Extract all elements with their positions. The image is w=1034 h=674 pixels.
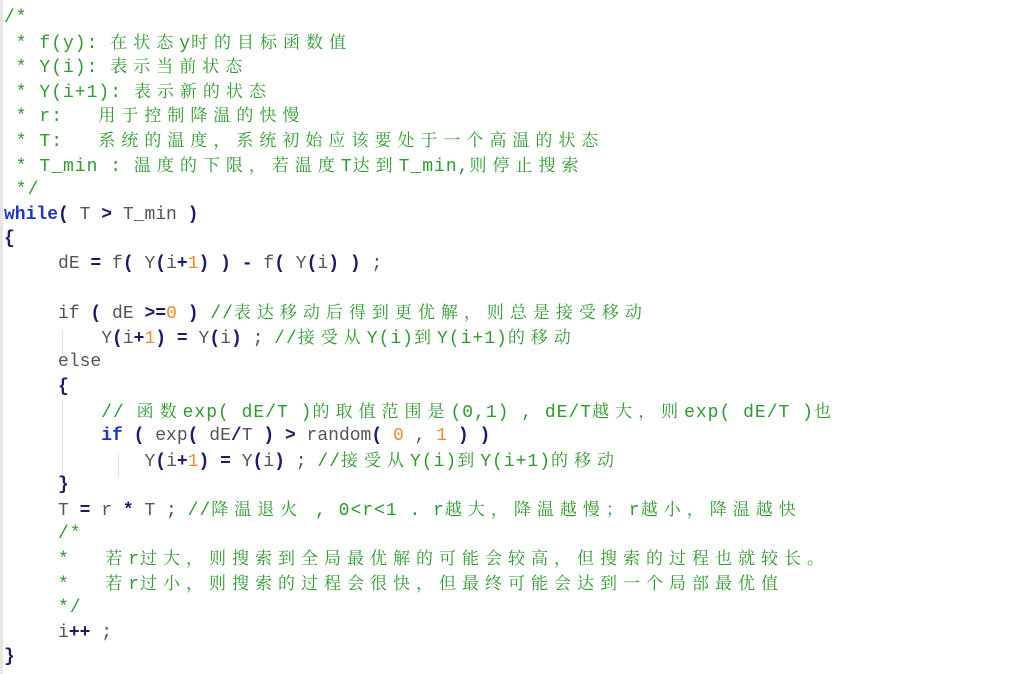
token-cmcjk: 的移动	[508, 328, 577, 348]
code-line: if ( exp( dE/T ) > random( 0 , 1 ) )	[4, 424, 837, 449]
token-op: (	[307, 254, 318, 274]
token-pl	[469, 426, 480, 446]
indent	[4, 623, 58, 643]
token-cm: exp( dE/T )	[684, 403, 814, 423]
token-pl: i	[317, 254, 328, 274]
indent	[4, 598, 58, 618]
token-cmcjk: 过大，则搜索到全局最优解的可能会较高，但搜索的过程也就较长。	[140, 549, 830, 569]
token-pl: ;	[361, 254, 383, 274]
token-cm: /*	[4, 8, 28, 28]
code-line: }	[4, 645, 837, 670]
token-cm: exp( dE/T )	[183, 403, 313, 423]
token-pl: Y	[231, 452, 253, 472]
token-pl: T	[58, 501, 80, 521]
token-cmcjk: 表达移动后得到更优解，则总是接受移动	[234, 303, 648, 323]
code-line: Y(i+1) = Y(i) ; //接受从Y(i)到Y(i+1)的移动	[4, 326, 837, 351]
code-editor[interactable]: /* * f(y): 在状态y时的目标函数值 * Y(i): 表示当前状态 * …	[0, 0, 1034, 674]
indent	[4, 501, 58, 521]
code-line: }	[4, 473, 837, 498]
token-op: =	[90, 254, 101, 274]
token-pl: Y	[188, 329, 210, 349]
token-pl: Y	[101, 329, 112, 349]
token-op: (	[123, 254, 134, 274]
code-line: else	[4, 350, 837, 375]
token-cmcjk: 到	[414, 328, 437, 348]
code-line: T = r * T ; //降温退火 , 0<r<1 . r越大，降温越慢；r越…	[4, 498, 837, 523]
token-op: )	[350, 254, 361, 274]
fold-gutter	[0, 0, 3, 674]
token-op: )	[188, 205, 199, 225]
indent	[4, 575, 58, 595]
indent	[4, 403, 101, 423]
token-cmcjk: 接受从	[341, 451, 410, 471]
token-cmcjk: 接受从	[298, 328, 367, 348]
token-cm: //	[188, 501, 212, 521]
token-pl	[382, 426, 393, 446]
token-cm: y	[179, 34, 191, 54]
token-op: }	[58, 475, 69, 495]
token-cmcjk: 到	[457, 451, 480, 471]
token-pl: r	[90, 501, 122, 521]
indent	[4, 304, 58, 324]
token-op: =	[220, 452, 231, 472]
token-op: (	[371, 426, 382, 446]
code-line: /*	[4, 6, 837, 31]
token-pl: i	[58, 623, 69, 643]
token-op: (	[188, 426, 199, 446]
code-line: * Y(i): 表示当前状态	[4, 55, 837, 80]
token-op: (	[58, 205, 69, 225]
token-cm: //	[199, 304, 234, 324]
code-line: * f(y): 在状态y时的目标函数值	[4, 31, 837, 56]
token-kw: if	[101, 426, 123, 446]
indent	[4, 377, 58, 397]
token-cmcjk: 在状态	[110, 33, 179, 53]
token-cm: * r:	[4, 107, 98, 127]
code-line: * 若r过大，则搜索到全局最优解的可能会较高，但搜索的过程也就较长。	[4, 547, 837, 572]
token-cmcjk: 系统的温度，系统初始应该要处于一个高温的状态	[98, 131, 604, 151]
token-pl: Y	[144, 452, 155, 472]
token-num: 0	[393, 426, 404, 446]
token-op: )	[231, 329, 242, 349]
token-pl: T	[242, 426, 264, 446]
token-cmcjk: 时的目标函数值	[191, 33, 352, 53]
token-op: )	[274, 452, 285, 472]
token-num: 1	[144, 329, 155, 349]
token-cmcjk: 的移动	[551, 451, 620, 471]
indent	[4, 550, 58, 570]
token-cm: * Y(i+1):	[4, 83, 134, 103]
indent	[4, 329, 101, 349]
token-op: >=	[144, 304, 166, 324]
token-pl: ,	[404, 426, 436, 446]
token-op: )	[188, 304, 199, 324]
token-pl: f	[253, 254, 275, 274]
token-pl: i	[123, 329, 134, 349]
code-line: Y(i+1) = Y(i) ; //接受从Y(i)到Y(i+1)的移动	[4, 449, 837, 474]
code-line: * Y(i+1): 表示新的状态	[4, 80, 837, 105]
token-cmcjk: 温度的下限，若温度	[134, 156, 341, 176]
code-line: dE = f( Y(i+1) ) - f( Y(i) ) ;	[4, 252, 837, 277]
token-pl: ;	[285, 452, 317, 472]
indent	[4, 524, 58, 544]
token-pl	[166, 329, 177, 349]
token-cmcjk: 也	[814, 402, 837, 422]
token-op: (	[155, 254, 166, 274]
token-cmcjk: 的取值范围是	[312, 402, 450, 422]
code-line: * T_min : 温度的下限，若温度T达到T_min,则停止搜索	[4, 154, 837, 179]
token-op: (	[209, 329, 220, 349]
indent	[4, 352, 58, 372]
token-cm: * f(y):	[4, 34, 110, 54]
token-pl: i	[263, 452, 274, 472]
token-cm: , 0<r<1 . r	[303, 501, 445, 521]
token-op: =	[80, 501, 91, 521]
token-cmcjk: 用于控制降温的快慢	[98, 106, 305, 126]
token-op: (	[112, 329, 123, 349]
token-pl	[209, 254, 220, 274]
token-cm: */	[58, 598, 82, 618]
token-pl: Y	[285, 254, 307, 274]
token-cm: * T_min :	[4, 157, 134, 177]
token-pl: i	[166, 254, 177, 274]
code-line: * r: 用于控制降温的快慢	[4, 104, 837, 129]
token-cm: //	[274, 329, 298, 349]
indent	[4, 426, 101, 446]
token-op: (	[253, 452, 264, 472]
code-line: */	[4, 596, 837, 621]
code-line: /*	[4, 522, 837, 547]
token-cm: Y(i)	[367, 329, 414, 349]
token-cm: * Y(i):	[4, 58, 110, 78]
indent	[4, 475, 58, 495]
token-op: +	[177, 452, 188, 472]
token-op: /	[231, 426, 242, 446]
token-op: (	[274, 254, 285, 274]
token-op: ++	[69, 623, 91, 643]
token-cm: //	[317, 452, 341, 472]
code-line: {	[4, 375, 837, 400]
token-op: +	[134, 329, 145, 349]
token-cm: */	[4, 180, 39, 200]
token-cm: T_min,	[399, 157, 470, 177]
token-cmcjk: 表示新的状态	[134, 82, 272, 102]
token-num: 0	[166, 304, 177, 324]
token-cm: (0,1) , dE/T	[450, 403, 592, 423]
token-num: 1	[188, 254, 199, 274]
token-pl: Y	[134, 254, 156, 274]
code-line	[4, 277, 837, 302]
token-cmcjk: 越大，降温越慢；	[445, 500, 629, 520]
token-num: 1	[436, 426, 447, 446]
token-cm: * T:	[4, 132, 98, 152]
token-cm: *	[58, 575, 105, 595]
token-pl: else	[58, 352, 101, 372]
token-pl: random	[296, 426, 372, 446]
indent	[4, 254, 58, 274]
token-cmcjk: 达到	[353, 156, 399, 176]
token-cm: r	[128, 575, 140, 595]
token-pl	[209, 452, 220, 472]
code-line: * 若r过小，则搜索的过程会很快，但最终可能会达到一个局部最优值	[4, 572, 837, 597]
code-content[interactable]: /* * f(y): 在状态y时的目标函数值 * Y(i): 表示当前状态 * …	[4, 6, 837, 670]
token-op: {	[4, 229, 15, 249]
token-cm: //	[101, 403, 136, 423]
token-op: (	[155, 452, 166, 472]
token-pl: i	[220, 329, 231, 349]
token-cm: Y(i+1)	[437, 329, 508, 349]
token-cmcjk: 降温退火	[211, 500, 303, 520]
token-op: =	[177, 329, 188, 349]
token-cmcjk: 若	[105, 574, 128, 594]
token-pl: T	[69, 205, 101, 225]
code-line: while( T > T_min )	[4, 203, 837, 228]
token-pl: f	[101, 254, 123, 274]
token-pl	[339, 254, 350, 274]
token-cm: r	[629, 501, 641, 521]
code-line: {	[4, 227, 837, 252]
token-op: +	[177, 254, 188, 274]
token-op: -	[242, 254, 253, 274]
token-cm: r	[128, 550, 140, 570]
token-op: )	[263, 426, 274, 446]
token-op: )	[220, 254, 231, 274]
token-cm: *	[58, 550, 105, 570]
token-op: )	[479, 426, 490, 446]
token-pl: dE	[101, 304, 144, 324]
token-pl: ;	[242, 329, 274, 349]
token-pl: T ;	[134, 501, 188, 521]
token-op: >	[101, 205, 112, 225]
token-op: (	[90, 304, 101, 324]
code-line: */	[4, 178, 837, 203]
token-pl: if	[58, 304, 90, 324]
token-pl: dE	[198, 426, 230, 446]
code-line: // 函数exp( dE/T )的取值范围是(0,1) , dE/T越大，则ex…	[4, 400, 837, 425]
token-cm: /*	[58, 524, 82, 544]
token-pl	[177, 304, 188, 324]
token-kw: while	[4, 205, 58, 225]
code-line: i++ ;	[4, 621, 837, 646]
token-op: )	[199, 452, 210, 472]
token-op: )	[458, 426, 469, 446]
token-pl	[231, 254, 242, 274]
token-op: )	[199, 254, 210, 274]
code-line: * T: 系统的温度，系统初始应该要处于一个高温的状态	[4, 129, 837, 154]
token-num: 1	[188, 452, 199, 472]
token-cmcjk: 过小，则搜索的过程会很快，但最终可能会达到一个局部最优值	[140, 574, 784, 594]
token-cm: Y(i)	[410, 452, 457, 472]
token-cmcjk: 若	[105, 549, 128, 569]
token-pl: exp	[144, 426, 187, 446]
token-pl: T_min	[112, 205, 188, 225]
token-pl: dE	[58, 254, 90, 274]
indent	[4, 452, 144, 472]
token-op: >	[285, 426, 296, 446]
token-cm: T	[341, 157, 353, 177]
token-op: (	[134, 426, 145, 446]
code-line: if ( dE >=0 ) //表达移动后得到更优解，则总是接受移动	[4, 301, 837, 326]
token-cmcjk: 则停止搜索	[469, 156, 584, 176]
token-cmcjk: 越小，降温越快	[641, 500, 802, 520]
token-pl	[274, 426, 285, 446]
token-pl: i	[166, 452, 177, 472]
token-cmcjk: 函数	[137, 402, 183, 422]
token-op: {	[58, 377, 69, 397]
token-pl	[447, 426, 458, 446]
token-op: *	[123, 501, 134, 521]
token-cmcjk: 表示当前状态	[110, 57, 248, 77]
token-op: }	[4, 647, 15, 667]
token-op: )	[155, 329, 166, 349]
token-pl: ;	[90, 623, 112, 643]
token-pl	[123, 426, 134, 446]
token-cmcjk: 越大，则	[592, 402, 684, 422]
token-cm: Y(i+1)	[480, 452, 551, 472]
token-op: )	[328, 254, 339, 274]
